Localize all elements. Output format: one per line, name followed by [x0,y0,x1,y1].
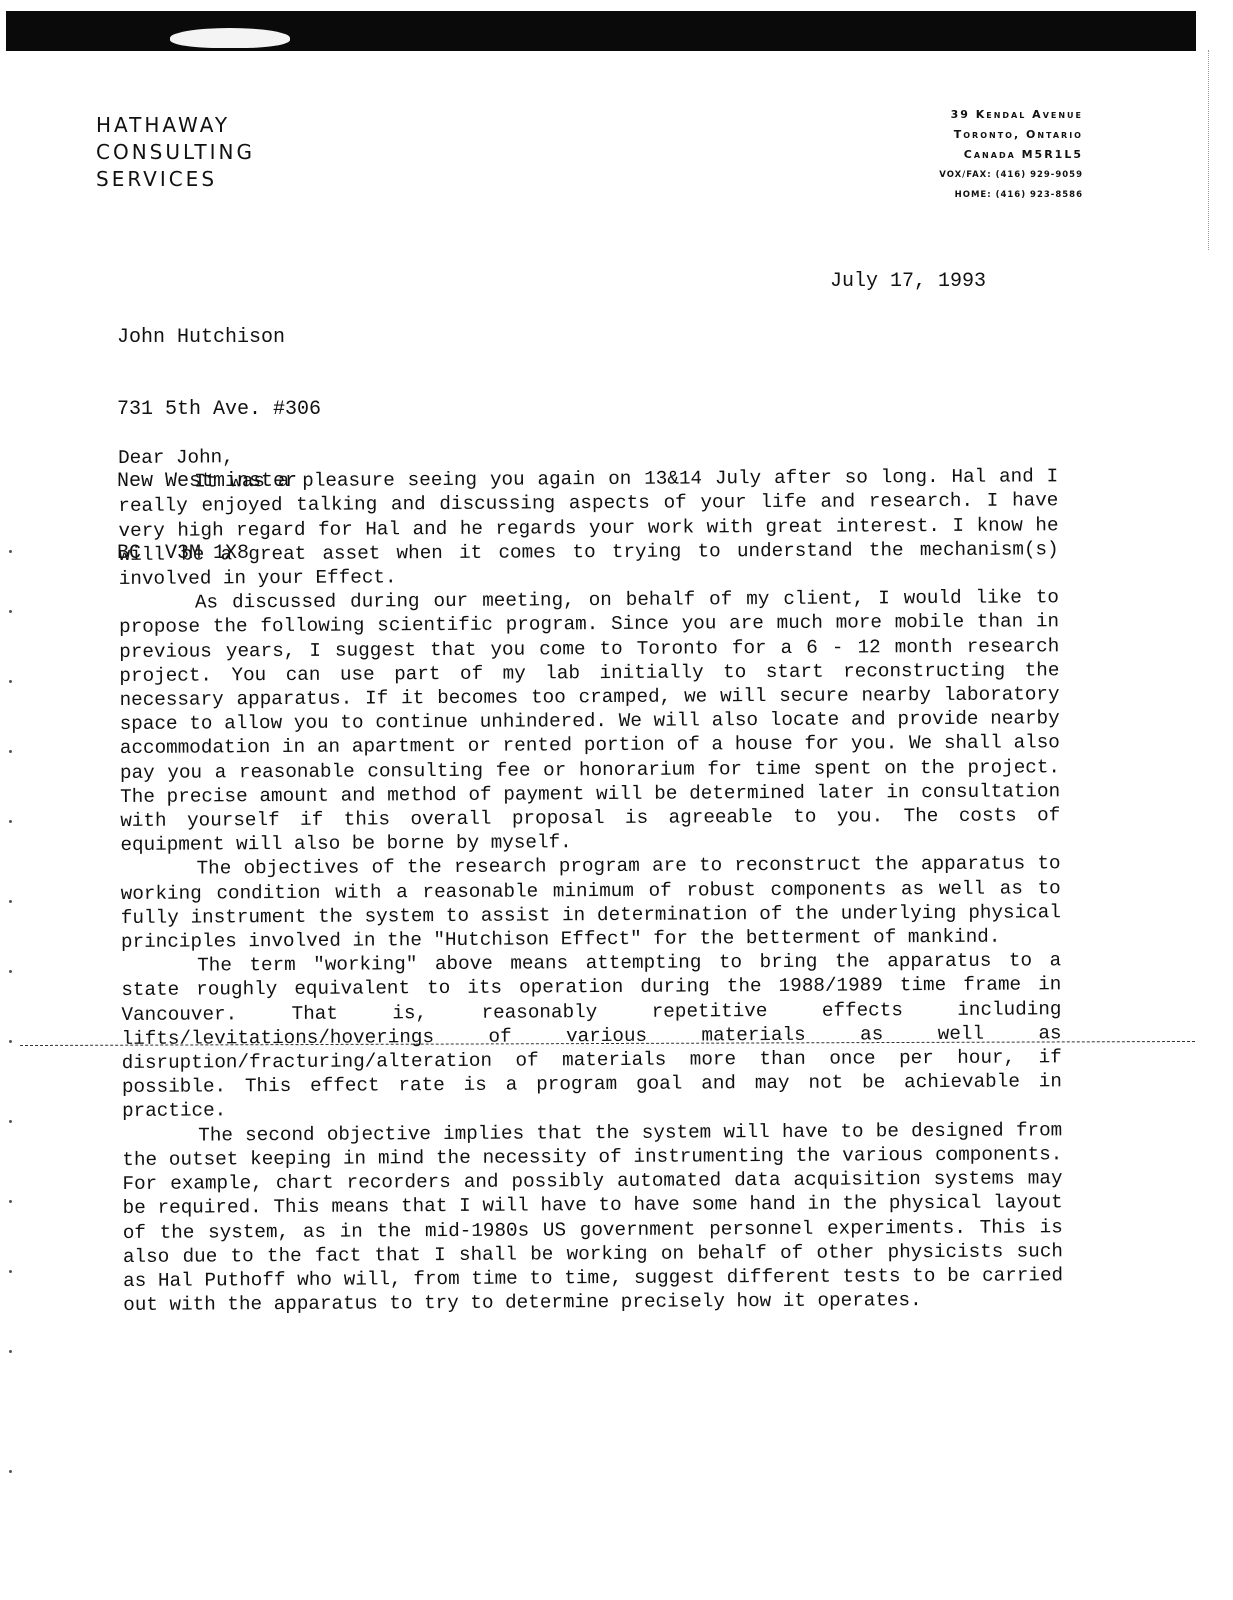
paragraph: It was a pleasure seeing you again on 13… [118,464,1059,591]
scan-right-edge [1208,50,1211,250]
company-name: HATHAWAY CONSULTING SERVICES [96,112,255,193]
company-line: HATHAWAY [96,112,255,139]
recipient-street: 731 5th Ave. #306 [117,398,321,422]
letter-date: July 17, 1993 [830,270,986,293]
letterhead-address: 39 Kendal Avenue Toronto, Ontario Canada… [939,105,1083,205]
phone-fax: VOX/FAX: (416) 929-9059 [939,165,1083,185]
scan-left-edge-marks [9,520,13,1600]
recipient-name: John Hutchison [117,326,321,350]
scan-tear-mark [170,28,290,48]
address-line: 39 Kendal Avenue [939,105,1083,125]
company-line: CONSULTING [96,139,255,166]
paragraph: The term "working" above means attemptin… [121,949,1062,1124]
letter-body: Dear John, It was a pleasure seeing you … [118,440,1063,1317]
address-line: Toronto, Ontario [939,125,1083,145]
paragraph: The objectives of the research program a… [121,852,1062,955]
paragraph: As discussed during our meeting, on beha… [119,585,1061,857]
phone-home: HOME: (416) 923-8586 [939,185,1083,205]
address-line: Canada M5R1L5 [939,145,1083,165]
paragraph: The second objective implies that the sy… [122,1118,1063,1317]
company-line: SERVICES [96,166,255,193]
